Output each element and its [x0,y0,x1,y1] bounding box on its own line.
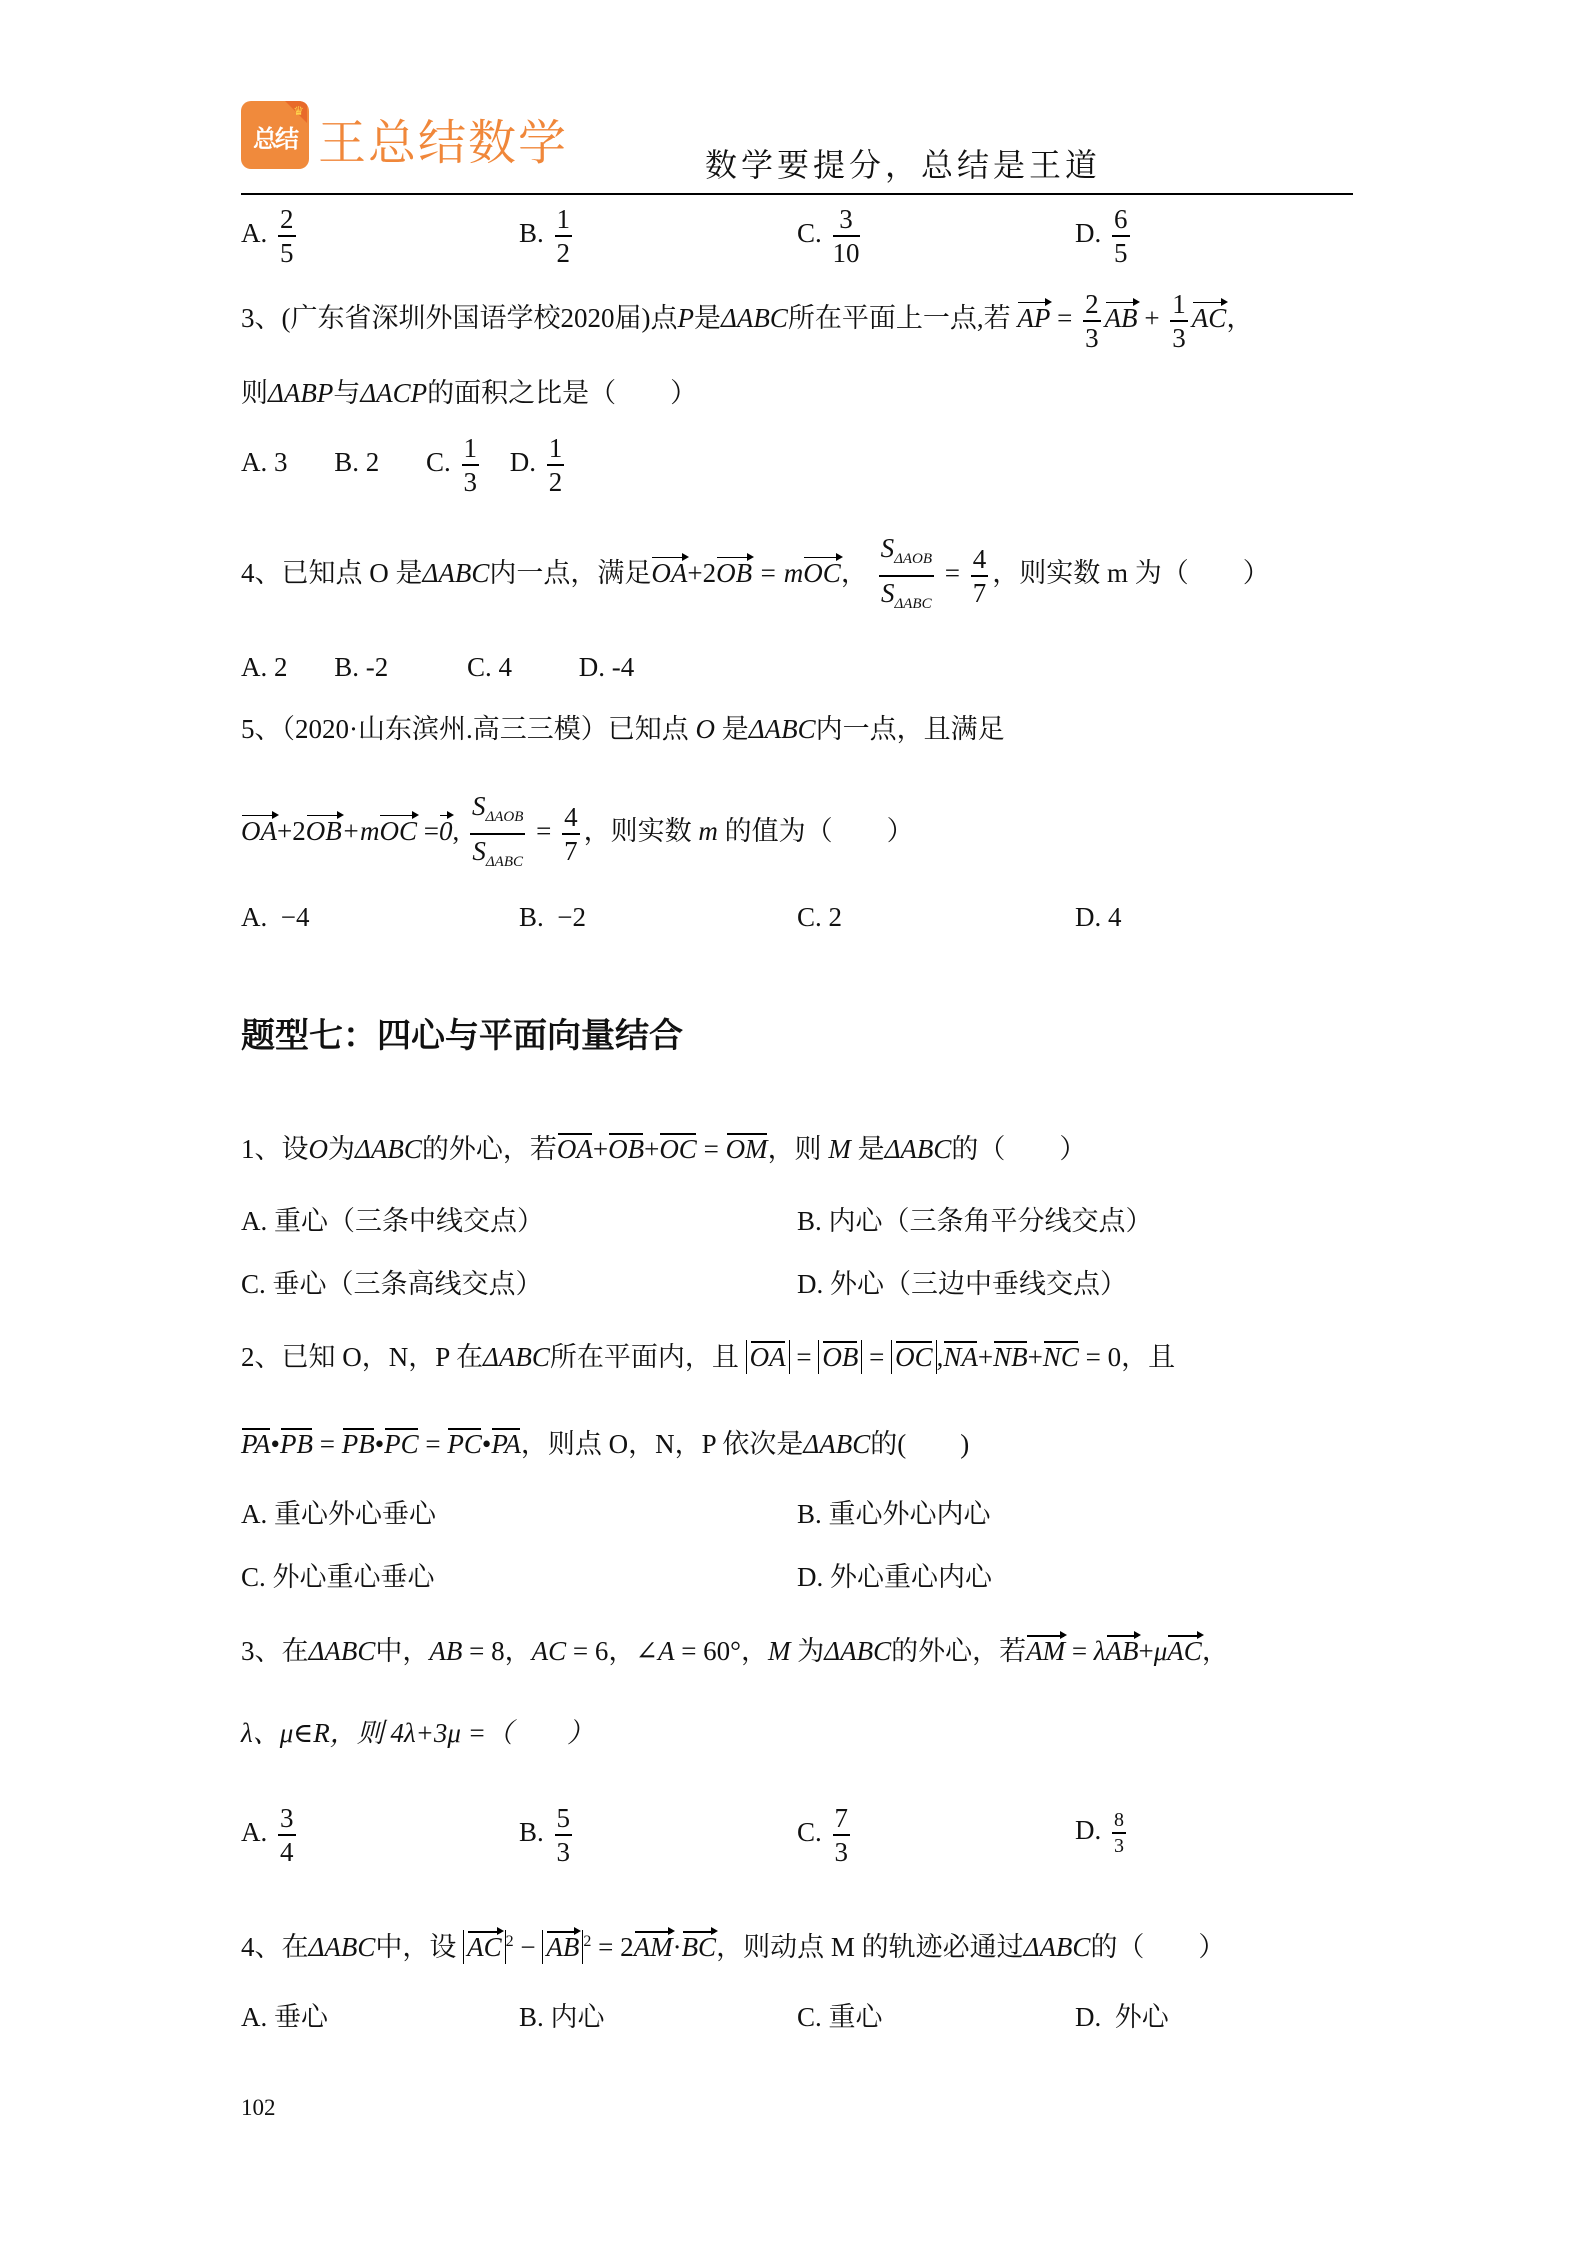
q5-option-c: C. 2 [797,900,842,934]
q3-stem-line1: 3、(广东省深圳外国语学校2020届)点P是ΔABC所在平面上一点,若 AP =… [241,288,1253,354]
prev-option-a: A. 25 [241,203,300,269]
option-b: B. 2 [334,447,379,477]
s7q3-option-a: A. 34 [241,1802,300,1868]
s7q4-option-b: B. 内心 [519,2000,605,2034]
s7q3-stem-line1: 3、在ΔABC中，AB = 8，AC = 6，∠A = 60°，M 为ΔABC的… [241,1634,1229,1668]
s7q3-option-d: D. 83 [1075,1808,1130,1858]
logo-text: 王总结数学 [318,104,568,173]
prev-option-d: D. 65 [1075,203,1134,269]
q5-option-d: D. 4 [1075,900,1122,934]
crown-star-icon: ♛ [293,104,304,119]
s7q2-stem-line2: PA•PB = PB•PC = PC•PA，则点 O，N，P 依次是ΔABC的(… [241,1427,969,1461]
q5-stem-line1: 5、（2020·山东滨州.高三三模）已知点 O 是ΔABC内一点，且满足 [241,712,1005,746]
s7q2-option-a: A. 重心外心垂心 [241,1497,436,1531]
s7q2-option-c: C. 外心重心垂心 [241,1560,435,1594]
option-a: A. 3 [241,447,288,477]
s7q1-stem: 1、设O为ΔABC的外心，若OA+OB+OC = OM，则 M 是ΔABC的（ … [241,1132,1086,1166]
s7q2-option-b: B. 重心外心内心 [797,1497,991,1531]
q4-stem: 4、已知点 O 是ΔABC内一点，满足OA+2OB = mOC， SΔAOBSΔ… [241,532,1270,620]
s7q3-option-c: C. 73 [797,1802,854,1868]
q3-stem-line2: 则ΔABP与ΔACP的面积之比是（ ） [241,376,697,410]
logo-icon-text: 总结 [241,119,309,154]
s7q4-option-a: A. 垂心 [241,2000,328,2034]
q3-options: A. 3 B. 2 C. 13 D. 12 [241,432,568,498]
prev-option-c: C. 310 [797,203,864,269]
s7q2-stem-line1: 2、已知 O，N，P 在ΔABC所在平面内，且 OA = OB = OC,NA+… [241,1340,1175,1374]
s7q3-stem-line2: λ、μ∈R，则 4λ+3μ =（ ） [241,1716,594,1750]
page-number: 102 [241,2095,276,2121]
q5-option-b: B. −2 [519,900,586,934]
s7q4-stem: 4、在ΔABC中，设 AC2 − AB2 = 2AM·BC，则动点 M 的轨迹必… [241,1925,1225,1964]
s7q1-option-a: A. 重心（三条中线交点） [241,1204,544,1238]
section-title: 题型七：四心与平面向量结合 [241,1008,683,1057]
q5-option-a: A. −4 [241,900,309,934]
s7q1-option-d: D. 外心（三边中垂线交点） [797,1267,1127,1301]
s7q1-option-b: B. 内心（三条角平分线交点） [797,1204,1153,1238]
logo-icon: ♛ 总结 [241,101,309,169]
option-c: C. 13 [426,447,483,477]
q5-stem-line2: OA+2OB+mOC =0, SΔAOBSΔABC = 47，则实数 m 的值为… [241,790,914,878]
s7q2-option-d: D. 外心重心内心 [797,1560,992,1594]
slogan: 数学要提分，总结是王道 [705,140,1101,186]
s7q4-option-c: C. 重心 [797,2000,883,2034]
prev-option-b: B. 12 [519,203,576,269]
option-d: D. 12 [510,447,569,477]
s7q1-option-c: C. 垂心（三条高线交点） [241,1267,543,1301]
header-divider [241,193,1353,195]
s7q3-option-b: B. 53 [519,1802,576,1868]
s7q4-option-d: D. 外心 [1075,2000,1169,2034]
q4-options: A. 2 B. -2 C. 4 D. -4 [241,650,634,684]
